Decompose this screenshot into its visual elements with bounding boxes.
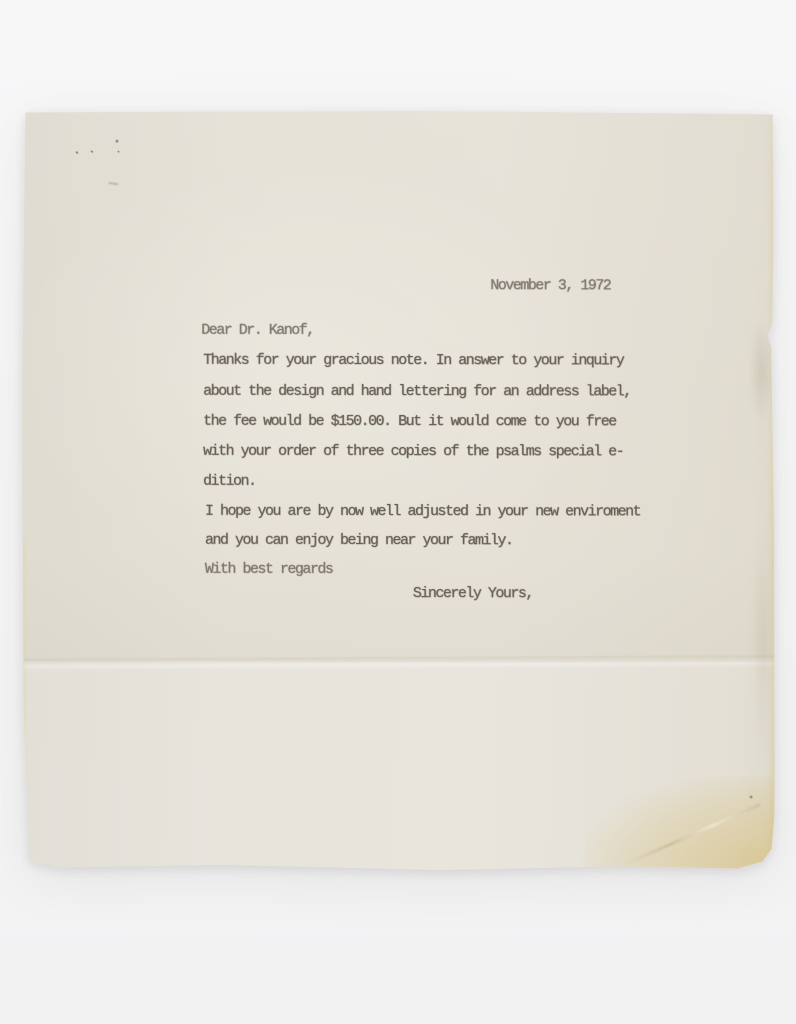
pencil-speck — [115, 140, 118, 143]
body-line: the fee would be $150.00. But it would c… — [203, 413, 616, 431]
right-edge-wrinkle-shading — [753, 531, 773, 761]
body-line: Thanks for your gracious note. In answer… — [203, 352, 623, 370]
pencil-speck — [117, 151, 119, 153]
letter-date: November 3, 1972 — [490, 277, 610, 294]
bottom-right-corner-yellowing — [584, 775, 774, 870]
body-line: with your order of three copies of the p… — [203, 443, 623, 461]
salutation-line: Dear Dr. Kanof, — [201, 322, 314, 339]
paper-shadow: November 3, 1972 Dear Dr. Kanof, Thanks … — [0, 0, 796, 1024]
body-line: about the design and hand lettering for … — [203, 383, 631, 401]
closing-line: Sincerely Yours, — [413, 585, 533, 602]
horizontal-fold-crease — [22, 655, 775, 673]
body-line: and you can enjoy being near your family… — [205, 532, 513, 549]
right-edge-nick-shading — [748, 316, 774, 426]
regards-line: With best regards — [205, 561, 333, 578]
body-line: dition. — [203, 473, 256, 490]
paper-speck — [750, 795, 753, 798]
body-line: I hope you are by now well adjusted in y… — [205, 503, 640, 521]
letter-paper: November 3, 1972 Dear Dr. Kanof, Thanks … — [21, 110, 775, 870]
left-edge-yellowing — [21, 540, 27, 869]
photo-of-typewritten-letter: November 3, 1972 Dear Dr. Kanof, Thanks … — [0, 0, 796, 1024]
